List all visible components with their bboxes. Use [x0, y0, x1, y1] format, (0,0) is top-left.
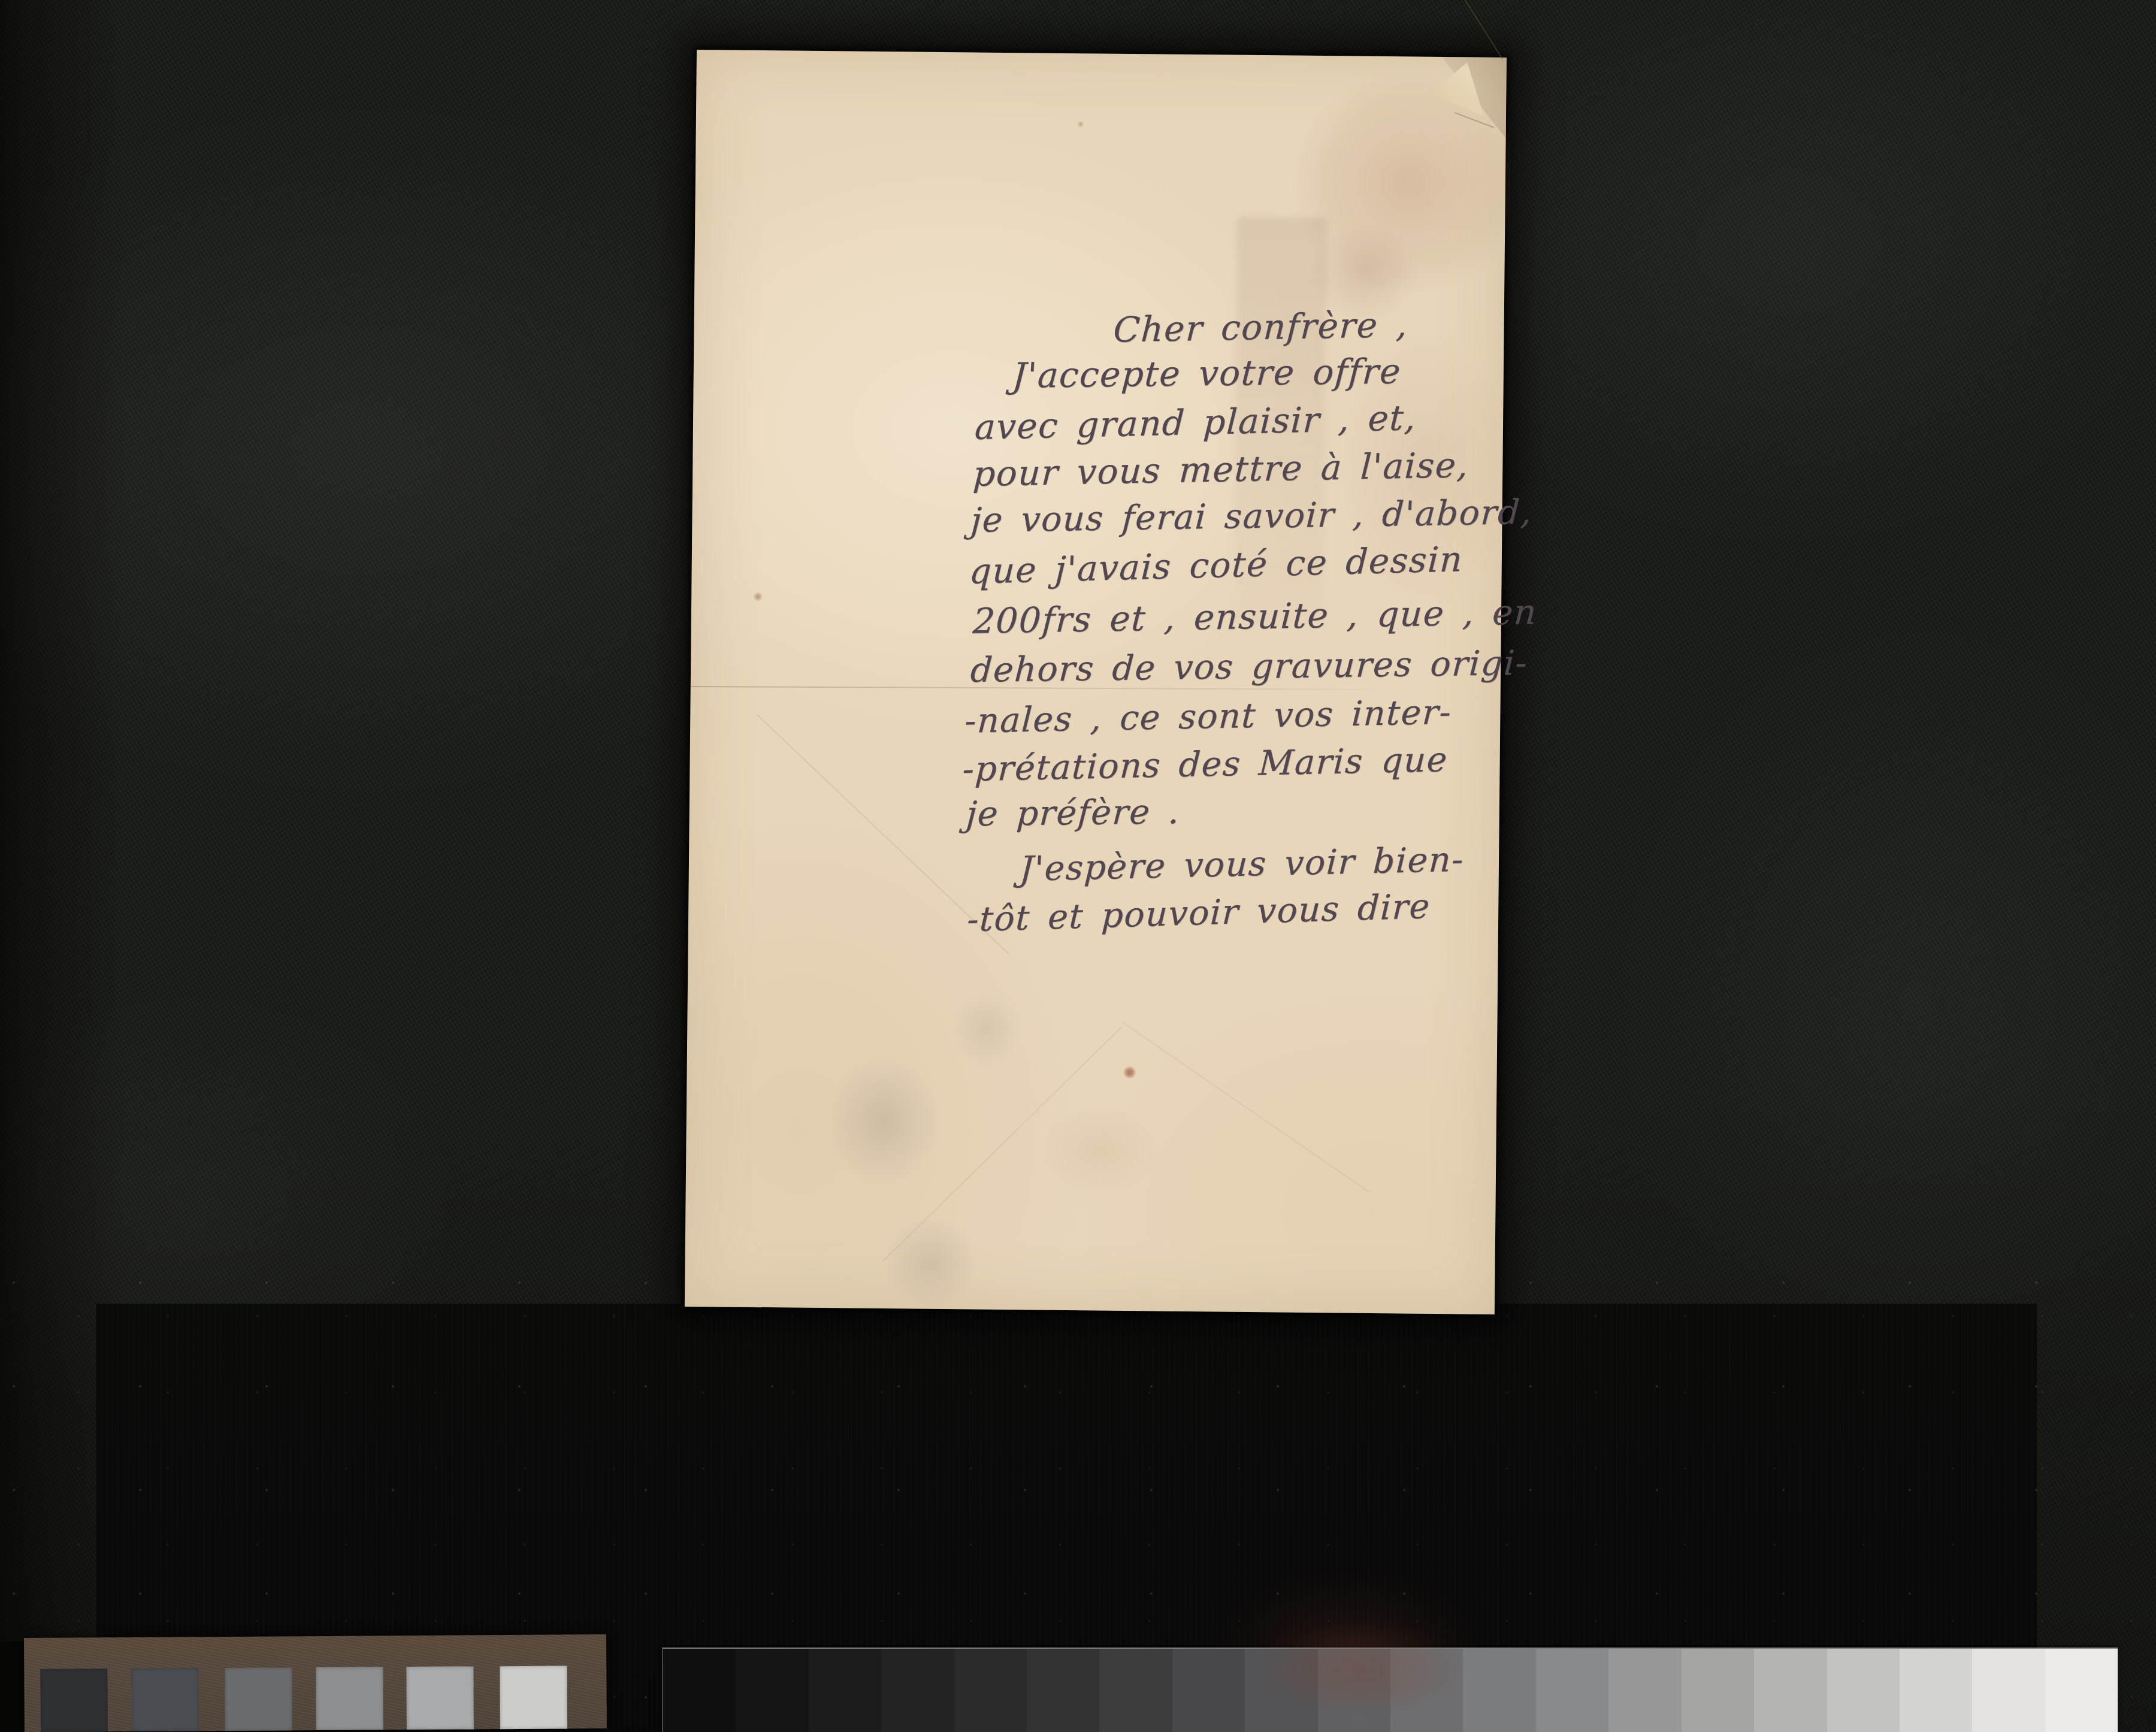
grayscale-step-wedge [662, 1648, 2118, 1732]
stain-red-spot [1123, 1066, 1136, 1078]
diagonal-crease [1121, 1021, 1369, 1192]
wedge-step-5 [954, 1649, 1027, 1732]
stain-bottom [1021, 1083, 1178, 1216]
wedge-step-15 [1682, 1649, 1754, 1732]
handwritten-line-12: J'espère vous voir bien- [1018, 840, 1465, 889]
handwritten-line-10: -prétations des Maris que [961, 740, 1449, 789]
gray-patch-2 [131, 1668, 199, 1731]
gray-patch-3 [225, 1667, 292, 1731]
handwritten-line-5: je vous ferai savoir , d'abord, [970, 492, 1534, 540]
wedge-step-19 [1972, 1649, 2045, 1732]
wedge-step-17 [1827, 1649, 1900, 1732]
gray-patch-5 [406, 1666, 474, 1730]
smudge-mark [938, 969, 1035, 1090]
handwritten-line-7: 200frs et , ensuite , que , en [972, 591, 1538, 642]
wedge-step-13 [1536, 1649, 1608, 1732]
wedge-step-8 [1172, 1649, 1245, 1732]
wedge-step-14 [1608, 1649, 1681, 1732]
handwritten-line-6: que j'avais coté ce dessin [968, 539, 1463, 592]
letter-page: Cher confrère ,J'accepte votre offreavec… [685, 50, 1507, 1314]
handwritten-line-1: Cher confrère , [1112, 304, 1409, 350]
handwritten-line-3: avec grand plaisir , et, [974, 397, 1417, 448]
wedge-step-1 [663, 1649, 736, 1732]
handwritten-line-4: pour vous mettre à l'aise, [972, 445, 1470, 494]
wedge-step-4 [881, 1649, 954, 1732]
diagonal-crease [883, 1026, 1123, 1262]
wedge-step-18 [1900, 1649, 1972, 1732]
handwriting-block: Cher confrère ,J'accepte votre offreavec… [697, 50, 1507, 58]
photograph-stage: Cher confrère ,J'accepte votre offreavec… [0, 0, 2156, 1732]
gray-patch-4 [316, 1667, 383, 1730]
wedge-step-12 [1463, 1649, 1535, 1732]
smudge-mark [805, 1021, 963, 1220]
wedge-step-16 [1754, 1649, 1827, 1732]
handwritten-line-13: -tôt et pouvoir vous dire [966, 887, 1431, 939]
stain-speck [1077, 120, 1084, 128]
wedge-step-7 [1099, 1649, 1172, 1732]
corner-fold-crease [1454, 0, 1503, 59]
handwritten-line-2: J'accepte votre offre [1011, 350, 1402, 395]
gray-patch-1 [40, 1668, 108, 1732]
handwritten-line-9: -nales , ce sont vos inter- [964, 693, 1453, 741]
gray-patch-6 [500, 1665, 567, 1729]
wedge-step-20 [2045, 1649, 2118, 1732]
wedge-step-10 [1318, 1649, 1390, 1732]
wedge-step-9 [1245, 1649, 1317, 1732]
wedge-step-2 [736, 1649, 808, 1732]
wedge-step-11 [1390, 1649, 1463, 1732]
handwritten-line-11: je préfère . [965, 792, 1181, 834]
handwritten-line-8: dehors de vos gravures origi- [969, 643, 1529, 690]
grayscale-bar-target [24, 1634, 607, 1732]
wedge-step-6 [1027, 1649, 1099, 1732]
stain-speck [752, 592, 763, 601]
wedge-step-3 [809, 1649, 881, 1732]
velvet-scrap-corner [0, 1642, 24, 1732]
